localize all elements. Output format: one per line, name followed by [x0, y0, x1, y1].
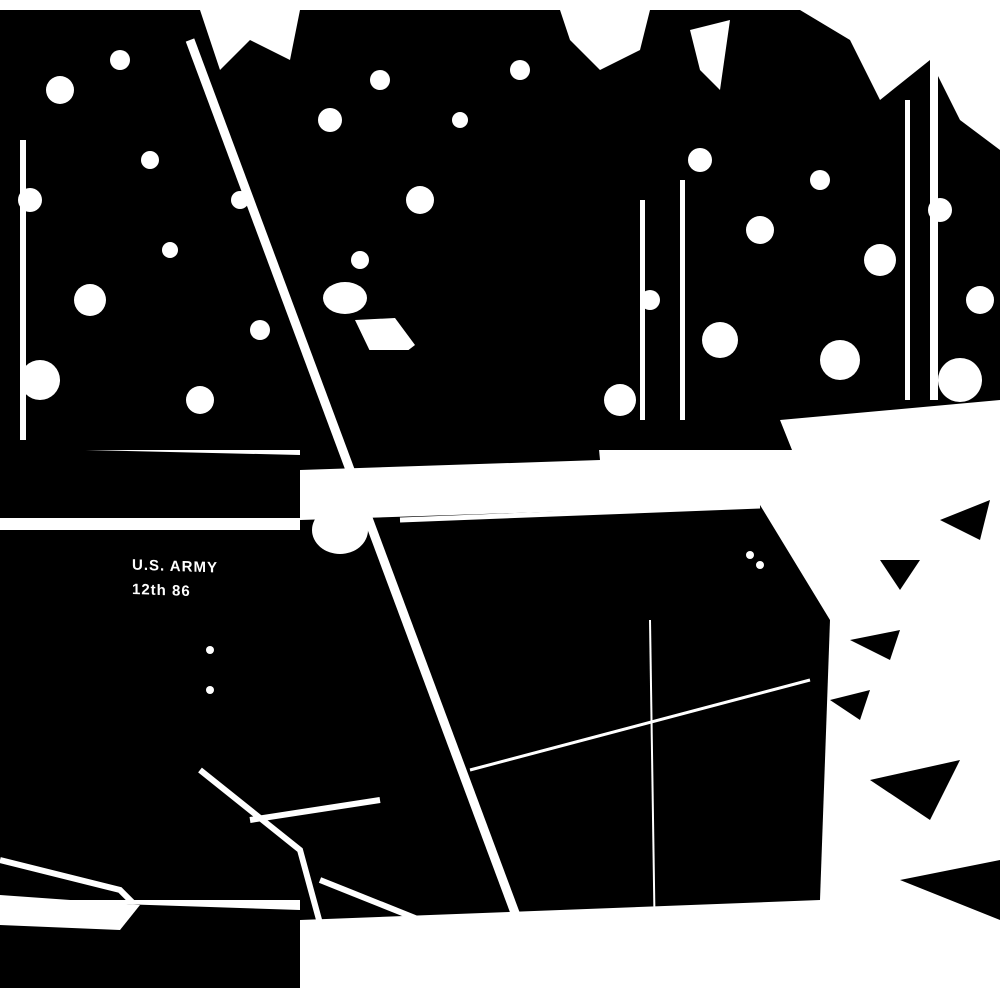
vehicle-marking-line2: 12th 86 — [132, 581, 191, 600]
vehicle-marking-line1: U.S. ARMY — [132, 556, 218, 576]
photo: U.S. ARMY 12th 86 — [0, 0, 1000, 1000]
photo-graphic — [0, 0, 1000, 1000]
